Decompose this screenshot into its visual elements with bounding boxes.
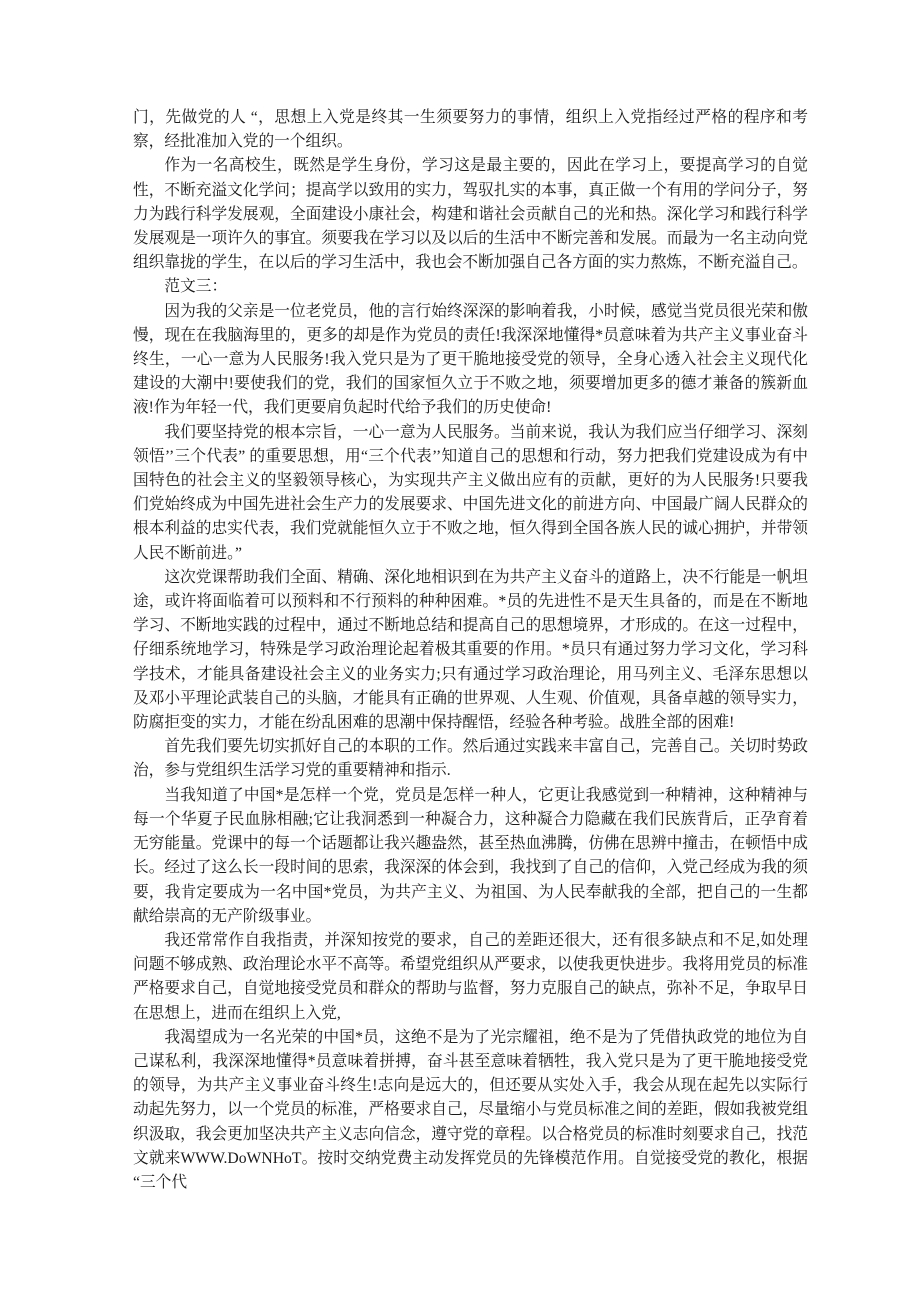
page: { "page": { "background": "#ffffff", "te… [0, 0, 920, 1301]
document-page: 门，先做党的人 “，思想上入党是终其一生须要努力的事情，组织上入党指经过严格的程… [0, 0, 920, 1301]
paragraph: 我渴望成为一名光荣的中国*员，这绝不是为了光宗耀祖，绝不是为了凭借执政党的地位为… [133, 1026, 808, 1195]
paragraph: 因为我的父亲是一位老党员，他的言行始终深深的影响着我，小时候，感觉当党员很光荣和… [133, 300, 808, 421]
paragraph: 这次党课帮助我们全面、精确、深化地相识到在为共产主义奋斗的道路上，决不行能是一帆… [133, 566, 808, 735]
paragraph: 当我知道了中国*是怎样一个党，党员是怎样一种人，它更让我感觉到一种精神，这种精神… [133, 784, 808, 929]
section-heading: 范文三： [133, 275, 808, 299]
paragraph: 我还常常作自我指责，并深知按党的要求，自己的差距还很大，还有很多缺点和不足,如处… [133, 929, 808, 1026]
paragraph: 门，先做党的人 “，思想上入党是终其一生须要努力的事情，组织上入党指经过严格的程… [133, 106, 808, 154]
paragraph: 作为一名高校生，既然是学生身份，学习这是最主要的，因此在学习上，要提高学习的自觉… [133, 154, 808, 275]
paragraph: 我们要坚持党的根本宗旨，一心一意为人民服务。当前来说，我认为我们应当仔细学习、深… [133, 421, 808, 566]
paragraph: 首先我们要先切实抓好自己的本职的工作。然后通过实践来丰富自己，完善自己。关切时势… [133, 735, 808, 783]
